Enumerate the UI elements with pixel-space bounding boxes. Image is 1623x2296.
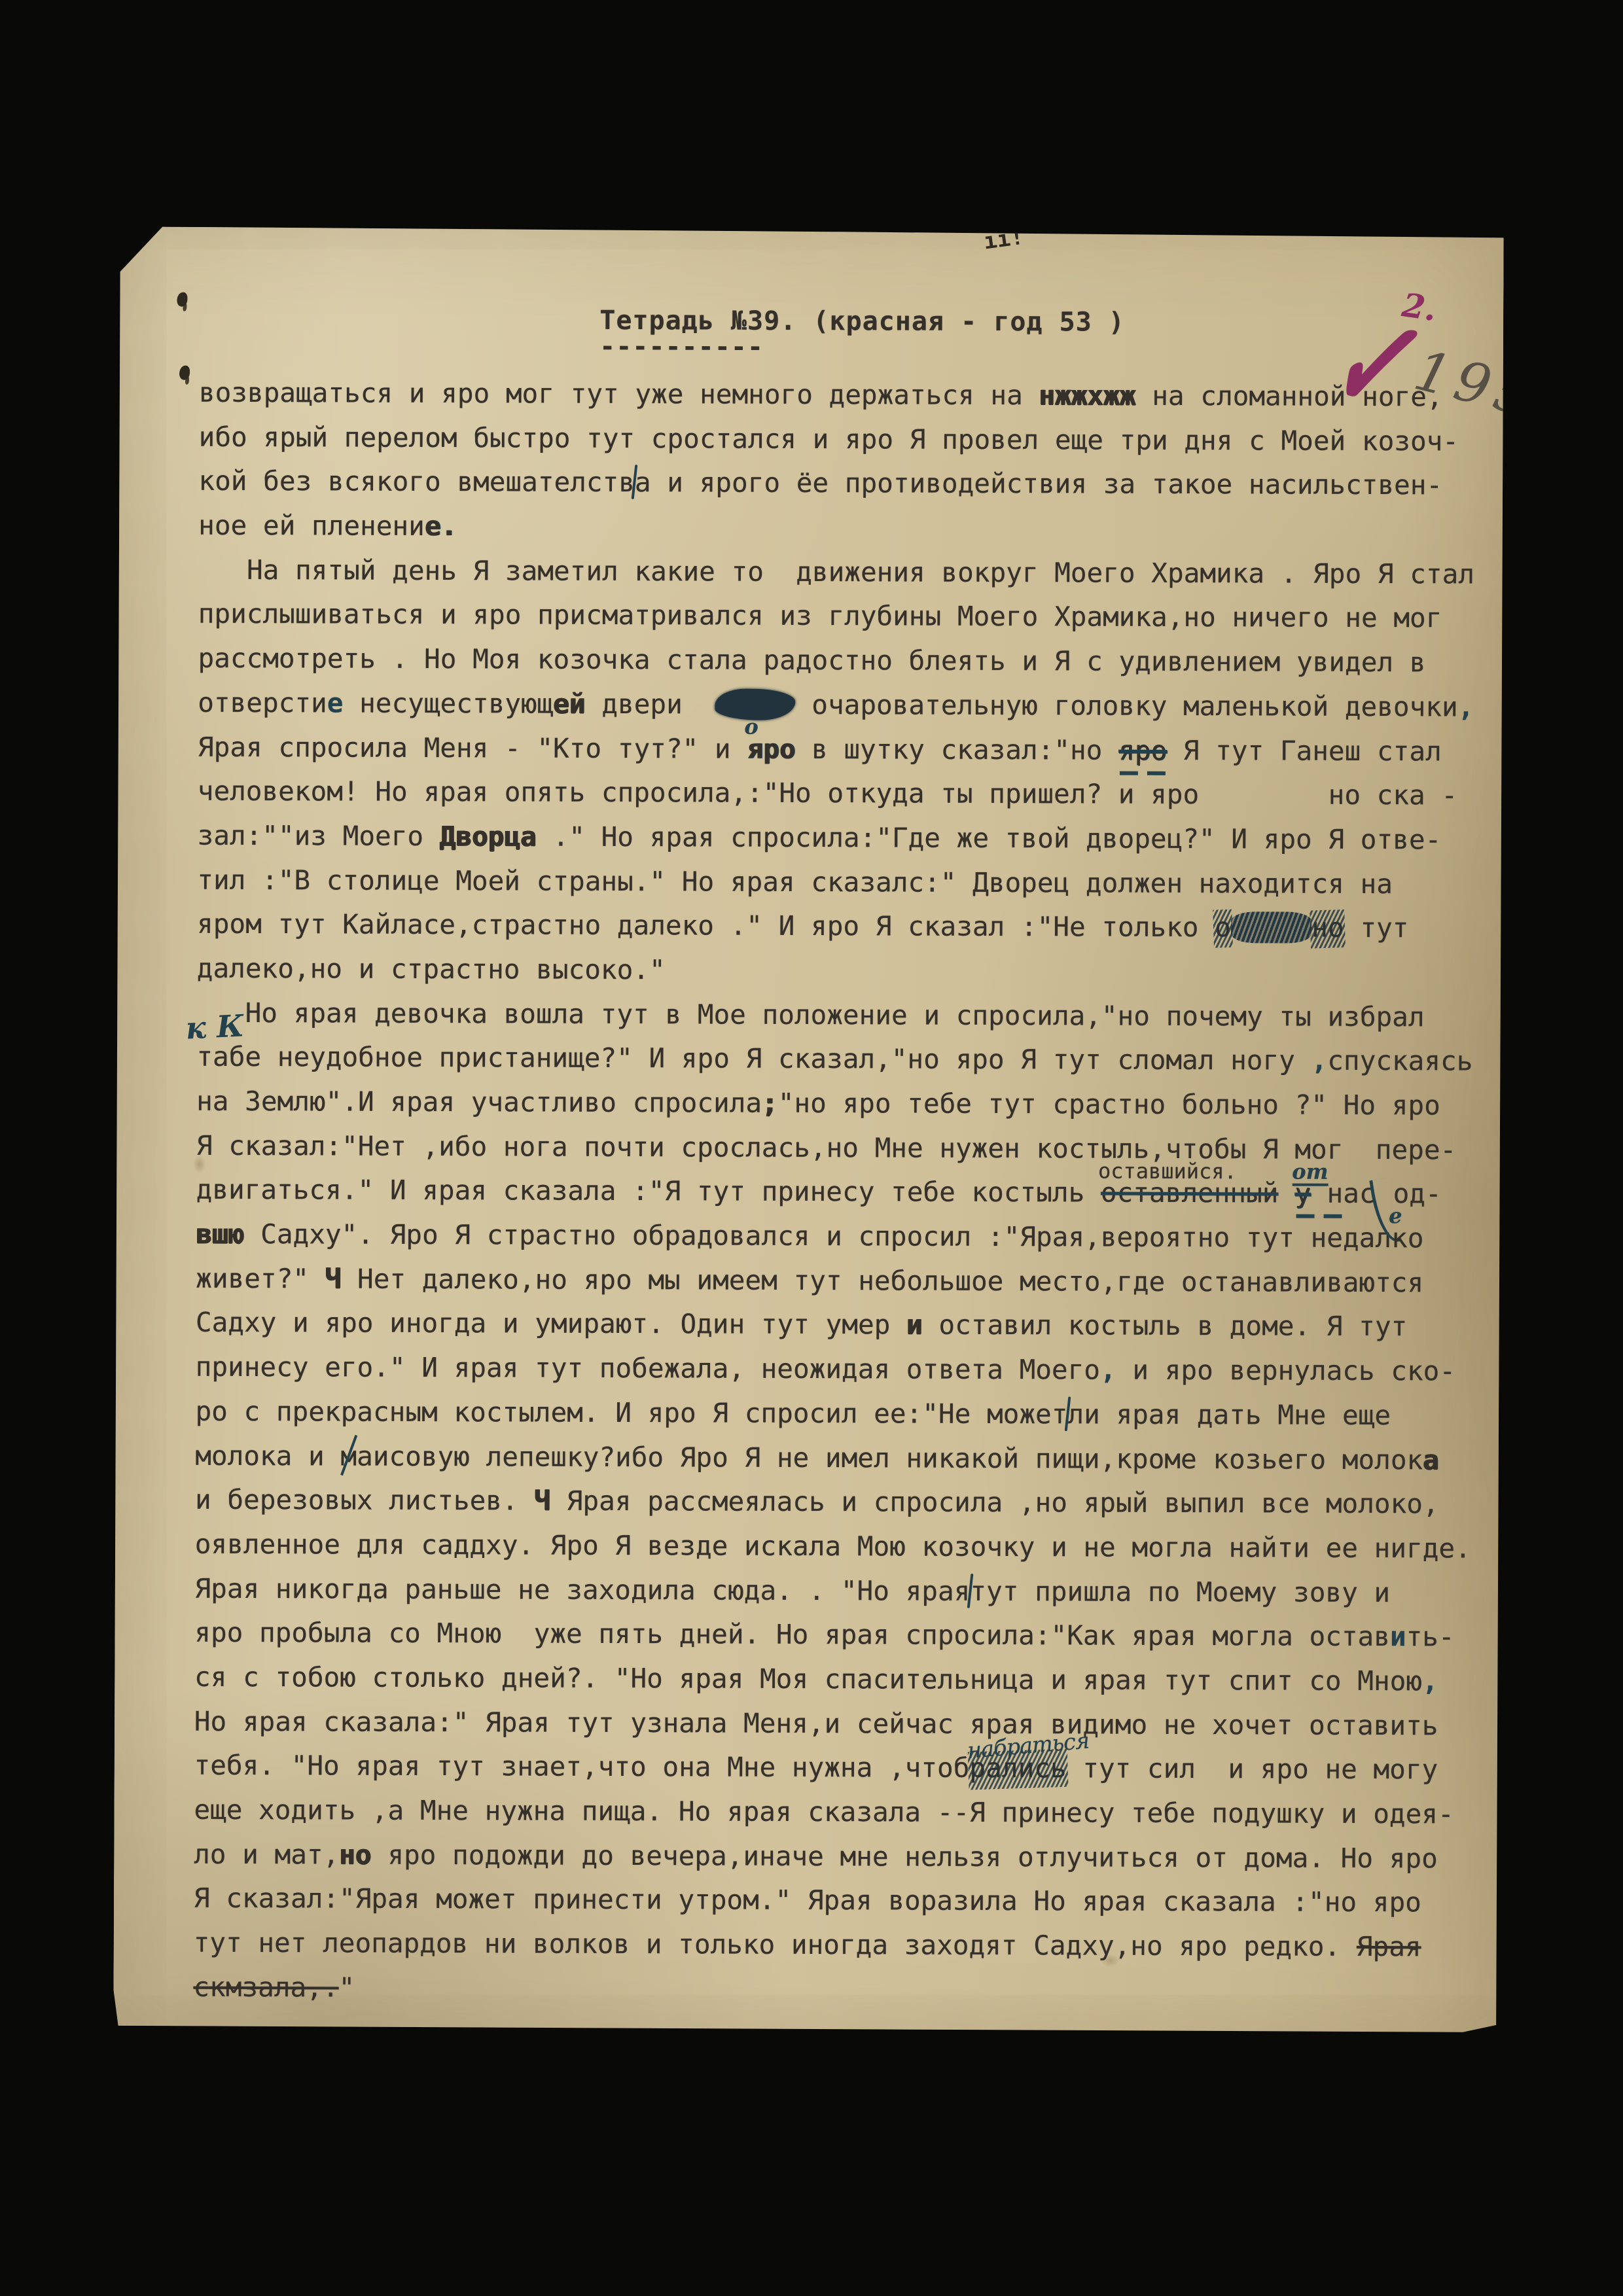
- text-segment-ink: ,: [1100, 1354, 1116, 1386]
- text-segment-xover: но: [339, 1839, 372, 1870]
- text-segment: ть-: [1406, 1621, 1455, 1652]
- text-segment: Садху и яро иногда и умирают. Один тут у…: [196, 1307, 906, 1341]
- text-segment-xover: Ч: [325, 1263, 342, 1294]
- text-segment-xover: вшю: [196, 1218, 244, 1250]
- text-segment: двигаться." И ярая сказала :"Я тут прине…: [196, 1174, 1101, 1209]
- text-line: ло и мат,но яро подожди до вечера,иначе …: [194, 1832, 1496, 1881]
- text-segment-ink: ,: [1311, 1045, 1327, 1076]
- text-segment: зал:""из Моего: [197, 820, 439, 852]
- text-segment: тил :"В столице Моей страны." Но ярая ск…: [197, 864, 1393, 899]
- text-segment: далеко,но и страстно высоко.": [197, 953, 666, 985]
- text-segment-xover: ей: [553, 688, 586, 719]
- text-segment: тут нет леопардов ни волков и только ино…: [194, 1927, 1357, 1962]
- scan-background: { "colors":{"ink":"#36302a","pen":"#2441…: [0, 0, 1623, 2296]
- text-segment-penslash: м: [340, 1440, 357, 1472]
- text-segment: тебя. "Но ярая тут знает,что она Мне нуж…: [194, 1750, 970, 1784]
- text-line: яром тут Кайласе,страстно далеко ." И яр…: [197, 902, 1499, 951]
- text-segment-ink: и: [1390, 1621, 1406, 1652]
- text-line: человеком! Но ярая опять спросила,:"Но о…: [198, 769, 1500, 819]
- text-segment: еще ходить ,а Мне нужна пища. Но ярая ск…: [194, 1794, 1454, 1830]
- text-segment: Я сказал:"Ярая может принести утром." Яр…: [194, 1882, 1421, 1918]
- text-line: ибо ярый перелом быстро тут сростался и …: [199, 415, 1501, 464]
- corrected-text: оставленныйоставшийся.: [1101, 1177, 1279, 1209]
- text-segment: Ярая никогда раньше не заходила сюда. . …: [194, 1572, 970, 1606]
- text-segment: Но ярая сказала:" Ярая тут узнала Меня,и…: [194, 1705, 1438, 1741]
- text-segment: ро с прекрасным костылем. И яро Я спроси…: [195, 1396, 1067, 1430]
- text-segment: На пятый день Я заметил какие то движени…: [198, 554, 1474, 590]
- text-line: на Землю".И ярая участливо спросила;"но …: [196, 1080, 1499, 1129]
- text-line: Но ярая девочка вошла тут в Мое положени…: [197, 991, 1499, 1040]
- margin-correction-note: к К: [185, 1010, 245, 1043]
- interlinear-correction: о: [744, 716, 758, 737]
- text-line: тут нет леопардов ни волков и только ино…: [194, 1921, 1496, 1970]
- text-segment-ink: ,: [1458, 691, 1474, 722]
- text-segment: Нет далеко,но яро мы имеем тут небольшое…: [341, 1263, 1423, 1298]
- text-segment: человеком! Но ярая опять спросила,:"Но о…: [198, 775, 1458, 811]
- text-segment: принесу его." И ярая тут побежала, неожи…: [196, 1351, 1100, 1386]
- text-segment: Я тут Ганеш стал: [1167, 734, 1442, 766]
- text-segment-xover: ;: [762, 1087, 778, 1119]
- text-segment: яро пробыла со Мною уже пять дней. Но яр…: [194, 1617, 1390, 1652]
- text-segment: ся с тобою столько дней?. "Но ярая Моя с…: [194, 1661, 1422, 1697]
- text-segment: ное ей пленени: [198, 510, 425, 542]
- corrected-text: яроо: [747, 733, 795, 764]
- text-segment: ибо ярый перелом быстро тут сростался и …: [199, 421, 1459, 457]
- text-segment-typestrike: скмзала,.: [193, 1971, 338, 2003]
- text-segment: оставил костыль в доме. Я тут: [923, 1309, 1408, 1343]
- text-segment: живет?": [196, 1262, 325, 1294]
- text-segment: Садху". Яро Я страстно обрадовался и спр…: [244, 1218, 1391, 1254]
- text-line: рассмотреть . Но Моя козочка стала радос…: [198, 637, 1500, 686]
- corrected-text: ралисьнабраться: [969, 1752, 1066, 1784]
- text-segment: ": [339, 1971, 355, 2003]
- text-segment-xover: а: [1423, 1444, 1439, 1475]
- text-line: отверстие несуществующей двери очаровате…: [198, 681, 1500, 730]
- text-segment-scribble: но: [1311, 912, 1344, 944]
- text-segment: а и ярого ёе противодействия за такое на…: [635, 467, 1442, 501]
- text-line: ное ей пленение.: [198, 504, 1501, 553]
- text-line: двигаться." И ярая сказала :"Я тут прине…: [196, 1168, 1499, 1217]
- text-line: молока и маисовую лепешку?ибо Яро Я не и…: [195, 1434, 1497, 1483]
- text-segment: очаровательную головку маленькой девочки: [796, 689, 1458, 723]
- text-segment: аисовую лепешку?ибо Яро Я не имел никако…: [357, 1440, 1423, 1475]
- text-line: принесу его." И ярая тут побежала, неожи…: [196, 1345, 1498, 1394]
- text-line: живет?" Ч Нет далеко,но яро мы имеем тут…: [196, 1256, 1498, 1305]
- text-segment: несуществующ: [343, 687, 553, 719]
- text-segment: Ярая спросила Меня - "Кто тут?" и: [198, 731, 747, 764]
- text-line: вшю Садху". Яро Я страстно обрадовался и…: [196, 1212, 1498, 1262]
- text-segment: ли ярая дать Мне еще: [1067, 1398, 1391, 1431]
- text-segment: "но яро тебе тут срастно больно ?" Но яр…: [778, 1087, 1440, 1122]
- text-line: прислышиваться и яро присматривался из г…: [198, 592, 1501, 641]
- text-segment: Я сказал:"Нет ,ибо нога почти срослась,н…: [196, 1129, 1457, 1165]
- text-segment: отверсти: [198, 687, 327, 719]
- text-segment: тут пришла по Моему зову и: [970, 1575, 1390, 1608]
- pen-note-2: 2.: [1400, 289, 1438, 326]
- text-line: Ярая никогда раньше не заходила сюда. . …: [194, 1566, 1497, 1616]
- text-segment: табе неудобное пристанище?" И яро Я сказ…: [196, 1041, 1311, 1076]
- text-line: тил :"В столице Моей страны." Но ярая ск…: [197, 858, 1499, 907]
- text-line: и березовых листьев. Ч Ярая рассмеялась …: [195, 1478, 1497, 1527]
- text-segment-xover: Дворца: [440, 821, 537, 853]
- text-segment-typestrike: Ярая: [1357, 1931, 1421, 1962]
- text-line: кой без всякого вмешателства и ярого ёе …: [198, 459, 1501, 508]
- text-line: Ярая спросила Меня - "Кто тут?" и яроо в…: [198, 725, 1500, 774]
- text-segment: спускаясь: [1327, 1045, 1472, 1077]
- text-segment: и яро вернулась ско-: [1116, 1354, 1456, 1387]
- text-line: Но ярая сказала:" Ярая тут узнала Меня,и…: [194, 1699, 1497, 1748]
- text-line: возвращаться и яро мог тут уже немного д…: [199, 371, 1501, 420]
- manuscript-page: Тетрадь №39. (красная - год 53 ) -------…: [113, 226, 1504, 2034]
- text-segment: Но ярая девочка вошла тут в Мое положени…: [197, 997, 1425, 1033]
- text-segment: в шутку сказал:"но: [795, 733, 1118, 766]
- text-segment: молока и: [195, 1439, 340, 1472]
- text-line: На пятый день Я заметил какие то движени…: [198, 548, 1501, 597]
- text-segment-ink: ,: [1422, 1665, 1438, 1697]
- interlinear-correction: от: [1292, 1161, 1328, 1186]
- text-block: возвращаться и яро мог тут уже немного д…: [193, 371, 1501, 2014]
- text-segment-inkover: е.: [425, 510, 457, 542]
- text-segment: кой без всякого вмешателств: [198, 465, 635, 498]
- text-line: зал:""из Моего Дворца ." Но ярая спросил…: [197, 814, 1499, 863]
- text-line: скмзала,.": [193, 1965, 1495, 2014]
- text-line: далеко,но и страстно высоко.": [197, 947, 1499, 996]
- text-segment: яром тут Кайласе,страстно далеко ." И яр…: [197, 908, 1215, 943]
- text-line: тебя. "Но ярая тут знает,что она Мне нуж…: [194, 1744, 1496, 1793]
- text-segment: оявленное для саддху. Яро Я везде искала…: [195, 1528, 1471, 1564]
- text-segment: яро подожди до вечера,иначе мне нельзя о…: [372, 1839, 1438, 1874]
- text-segment: возвращаться и яро мог тут уже немного д…: [199, 377, 1039, 411]
- text-line: оявленное для саддху. Яро Я везде искала…: [195, 1523, 1497, 1572]
- text-line: Садху и яро иногда и умирают. Один тут у…: [196, 1301, 1498, 1350]
- title-underline: ----------: [599, 332, 764, 362]
- text-line: табе неудобное пристанище?" И яро Я сказ…: [196, 1035, 1499, 1084]
- edge-smudge: [177, 292, 187, 307]
- text-segment-penx: яро: [1118, 734, 1167, 766]
- text-segment: ло и мат,: [194, 1838, 339, 1870]
- text-line: ро с прекрасным костылем. И яро Я спроси…: [195, 1390, 1497, 1439]
- top-edge-marks: ıı!: [982, 226, 1025, 253]
- text-segment-xover: Ч: [534, 1485, 550, 1517]
- interlinear-correction: е: [1389, 1206, 1402, 1227]
- text-segment: на Землю".И ярая участливо спросила: [196, 1086, 762, 1119]
- text-segment: рассмотреть . Но Моя козочка стала радос…: [198, 643, 1425, 679]
- corrected-text: кое: [1391, 1222, 1424, 1254]
- text-segment-scribble: о: [1215, 911, 1231, 943]
- text-segment: тут: [1344, 912, 1409, 944]
- corrected-text: уот: [1294, 1178, 1311, 1209]
- text-segment: прислышиваться и яро присматривался из г…: [198, 598, 1442, 634]
- text-segment: Ярая рассмеялась и спросила ,но ярый вып…: [550, 1485, 1439, 1520]
- text-segment-blot2: [1231, 912, 1312, 944]
- text-line: Я сказал:"Ярая может принести утром." Яр…: [194, 1877, 1496, 1926]
- text-segment-xover: и: [906, 1309, 923, 1341]
- text-line: ся с тобою столько дней?. "Но ярая Моя с…: [194, 1655, 1497, 1704]
- text-line: еще ходить ,а Мне нужна пища. Но ярая ск…: [194, 1788, 1496, 1837]
- text-segment: ." Но ярая спросила:"Где же твой дворец?…: [537, 821, 1441, 855]
- text-segment-ink: е: [327, 687, 344, 718]
- text-line: яро пробыла со Мною уже пять дней. Но яр…: [194, 1611, 1497, 1660]
- text-segment-xover: нжжхжж: [1039, 380, 1135, 412]
- edge-smudge: [179, 366, 190, 380]
- text-segment: тут сил и яро не могу: [1066, 1753, 1438, 1786]
- interlinear-correction: оставшийся.: [1098, 1160, 1237, 1182]
- text-segment: и березовых листьев.: [195, 1484, 535, 1517]
- text-segment: двери: [586, 688, 715, 720]
